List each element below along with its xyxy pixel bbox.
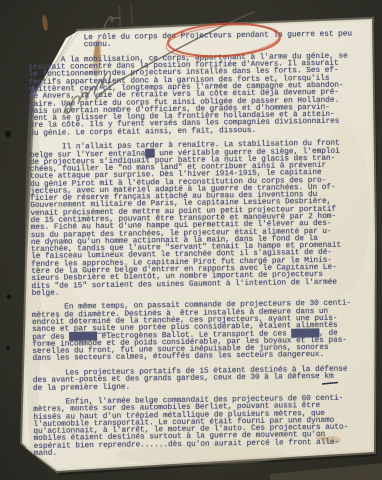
mount-lower-band — [270, 463, 382, 480]
typewritten-text: Le rôle du corps des Projecteurs pendant… — [28, 31, 370, 458]
pencil-tally-marks — [119, 5, 132, 27]
background-spots — [5, 131, 12, 350]
scan-mount: Le rôle du corps des Projecteurs pendant… — [0, 0, 382, 480]
